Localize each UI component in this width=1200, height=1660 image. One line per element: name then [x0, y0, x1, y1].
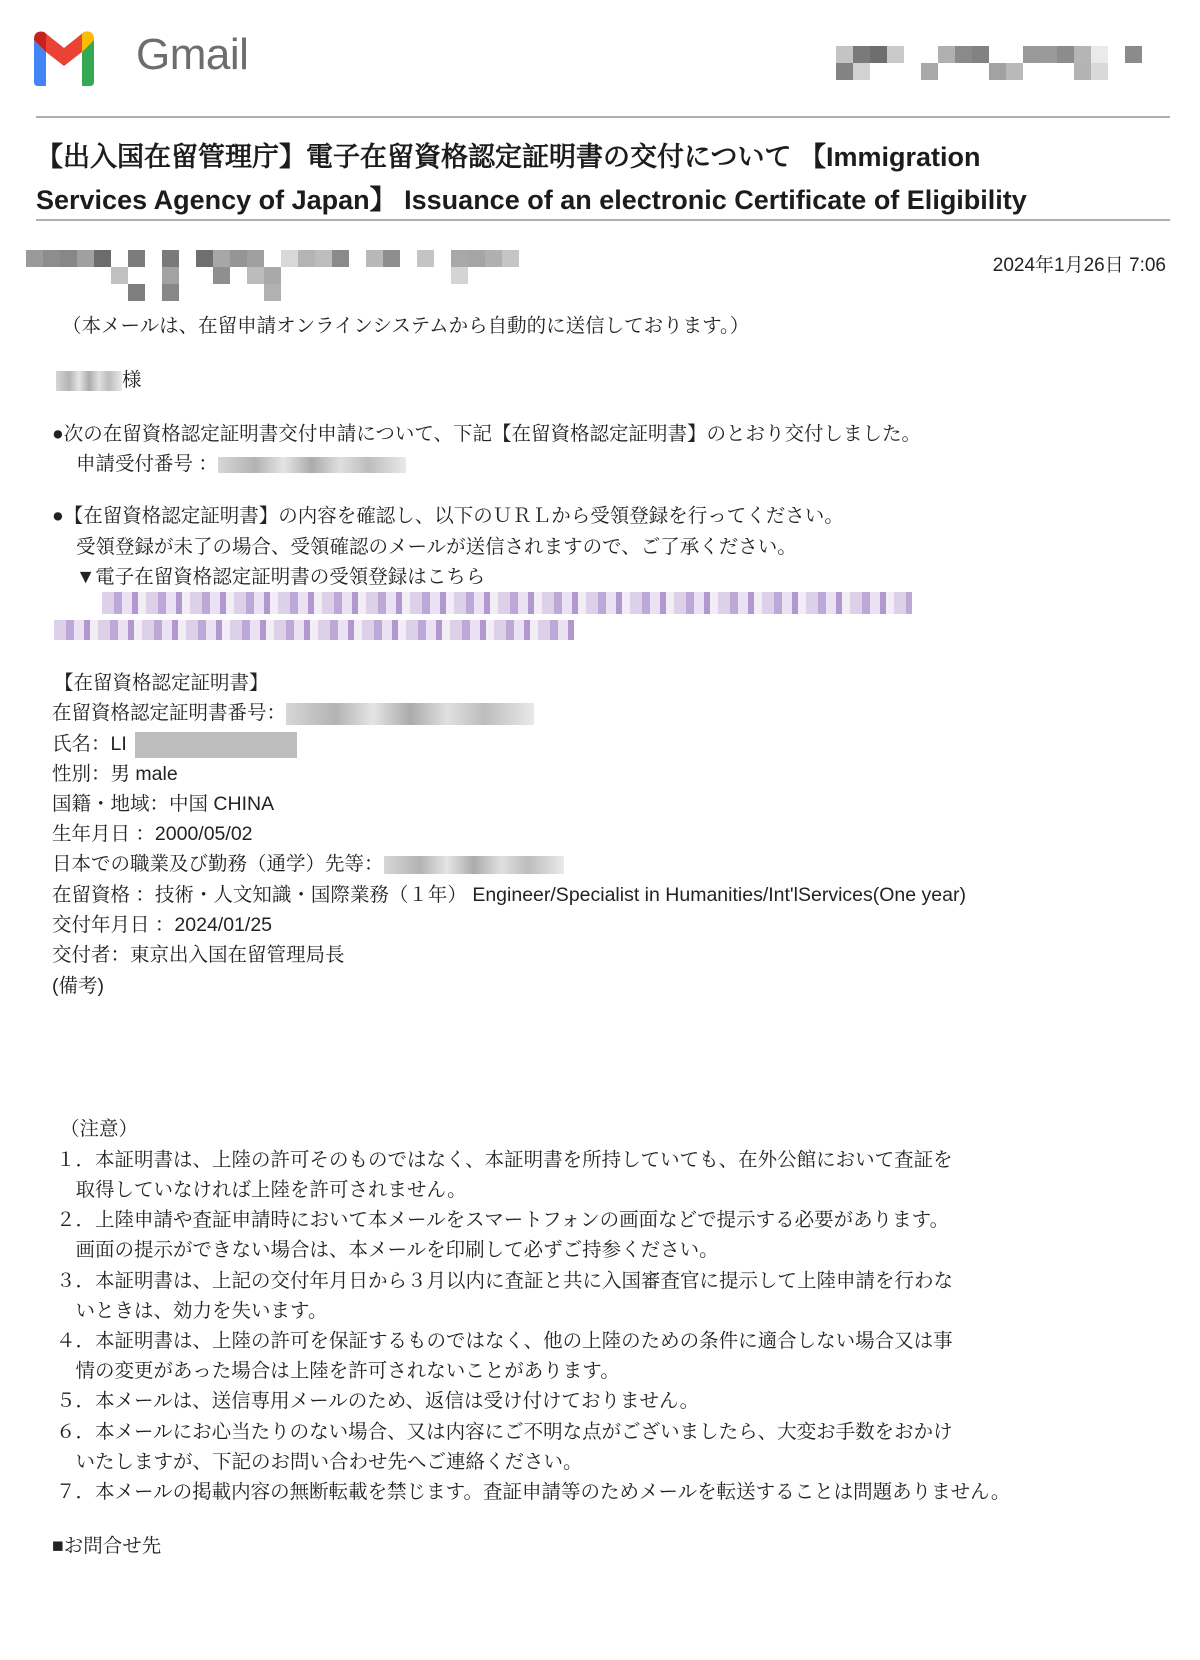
receipt-number: 申請受付番号 ： [76, 448, 406, 476]
note-line: ７．本メールの掲載内容の無断転載を禁じます。査証申請等のためメールを転送すること… [56, 1476, 1010, 1504]
gmail-logo-icon[interactable] [28, 26, 100, 88]
applicant-name: 氏名：LI [52, 728, 297, 758]
note-line: いたしますが、下記のお問い合わせ先へご連絡ください。 [56, 1446, 583, 1474]
registration-link-redacted[interactable] [102, 592, 912, 614]
note-line: ２．上陸申請や査証申請時において本メールをスマートフォンの画面などで提示する必要… [56, 1204, 949, 1232]
divider [36, 219, 1170, 221]
status-of-residence: 在留資格 ：技術・人文知識・国際業務（１年） Engineer/Speciali… [52, 879, 966, 907]
applicant-nationality: 国籍・地域：中国 CHINA [52, 788, 274, 816]
subject-line-2: Services Agency of Japan】 Issuance of an… [36, 179, 1170, 222]
note-line: １．本証明書は、上陸の許可そのものではなく、本証明書を所持していても、在外公館に… [56, 1144, 953, 1172]
certificate-heading: 【在留資格認定証明書】 [54, 667, 269, 695]
employer-label: 日本での職業及び勤務（通学）先等： [52, 853, 384, 875]
salutation-suffix: 様 [122, 369, 142, 391]
email-subject: 【出入国在留管理庁】電子在留資格認定証明書の交付について 【Immigratio… [36, 136, 1170, 222]
subject-line-1: 【出入国在留管理庁】電子在留資格認定証明書の交付について 【Immigratio… [36, 136, 1170, 179]
auto-send-notice: （本メールは、在留申請オンラインシステムから自動的に送信しております。） [62, 310, 749, 338]
employer-redacted [384, 856, 564, 874]
certificate-number-redacted [286, 703, 534, 725]
notes-heading: （注意） [60, 1113, 138, 1141]
issue-date: 交付年月日 ：2024/01/25 [52, 909, 272, 937]
confirm-instruction-note: 受領登録が未了の場合、受領確認のメールが送信されますので、ご了承ください。 [76, 531, 797, 559]
applicant-gender: 性別：男 male [52, 758, 178, 786]
gmail-wordmark: Gmail [136, 30, 248, 80]
email-date: 2024年1月26日 7:06 [993, 250, 1166, 277]
issuer: 交付者：東京出入国在留管理局長 [52, 939, 345, 967]
recipient-name-redacted [56, 371, 122, 391]
employer: 日本での職業及び勤務（通学）先等： [52, 848, 564, 876]
note-line: 画面の提示ができない場合は、本メールを印刷して必ずご持参ください。 [56, 1234, 719, 1262]
registration-link-label: ▼電子在留資格認定証明書の受領登録はこちら [76, 561, 485, 589]
registration-link-redacted-line2[interactable] [54, 620, 574, 640]
divider [36, 116, 1170, 118]
applicant-name-redacted [135, 732, 297, 758]
remarks: (備考) [52, 970, 104, 998]
note-line: 情の変更があった場合は上陸を許可されないことがあります。 [56, 1355, 620, 1383]
account-redacted [836, 46, 1176, 84]
note-line: ３．本証明書は、上記の交付年月日から３月以内に査証と共に入国審査官に提示して上陸… [56, 1265, 953, 1293]
issuance-notice: ●次の在留資格認定証明書交付申請について、下記【在留資格認定証明書】のとおり交付… [52, 418, 921, 446]
applicant-birthdate: 生年月日 ：2000/05/02 [52, 818, 253, 846]
receipt-number-label: 申請受付番号 ： [76, 453, 218, 475]
certificate-number-label: 在留資格認定証明書番号： [52, 702, 286, 724]
note-line: ５．本メールは、送信専用メールのため、返信は受け付けておりません。 [56, 1385, 699, 1413]
salutation: 様 [56, 364, 142, 392]
sender-redacted[interactable] [26, 250, 586, 305]
receipt-number-redacted [218, 457, 406, 473]
note-line: ４．本証明書は、上陸の許可を保証するものではなく、他の上陸のための条件に適合しな… [56, 1325, 953, 1353]
note-line: ６．本メールにお心当たりのない場合、又は内容にご不明な点がございましたら、大変お… [56, 1416, 953, 1444]
applicant-name-label: 氏名：LI [52, 733, 127, 755]
gmail-header: Gmail [0, 0, 1200, 120]
contact-heading: ■お問合せ先 [52, 1530, 161, 1558]
note-line: いときは、効力を失います。 [56, 1295, 327, 1323]
note-line: 取得していなければ上陸を許可されません。 [56, 1174, 467, 1202]
certificate-number: 在留資格認定証明書番号： [52, 697, 534, 725]
confirm-instruction: ●【在留資格認定証明書】の内容を確認し、以下のＵＲＬから受領登録を行ってください… [52, 500, 844, 528]
